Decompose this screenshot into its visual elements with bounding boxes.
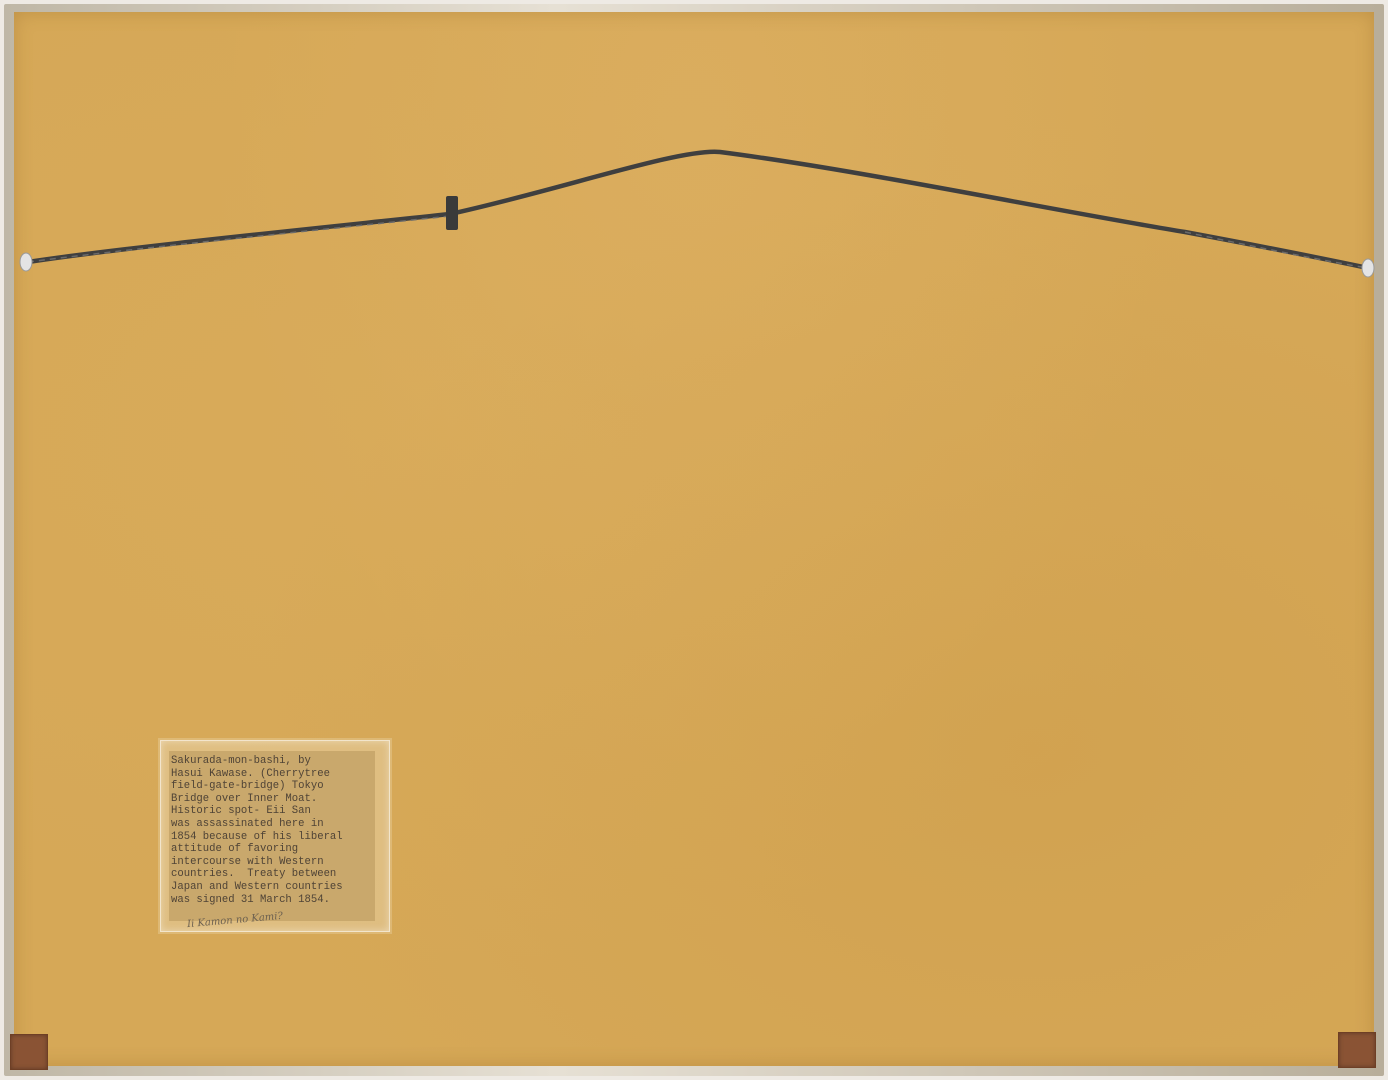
corner-pad-bottom-right [1338,1032,1376,1068]
wire-knot-icon [446,196,458,230]
corner-pad-bottom-left [10,1034,48,1070]
typed-label-sleeve: Sakurada-mon-bashi, by Hasui Kawase. (Ch… [160,740,390,932]
right-screw-eye-icon [1362,259,1374,277]
label-text: Sakurada-mon-bashi, by Hasui Kawase. (Ch… [171,755,383,906]
left-screw-eye-icon [20,253,32,271]
